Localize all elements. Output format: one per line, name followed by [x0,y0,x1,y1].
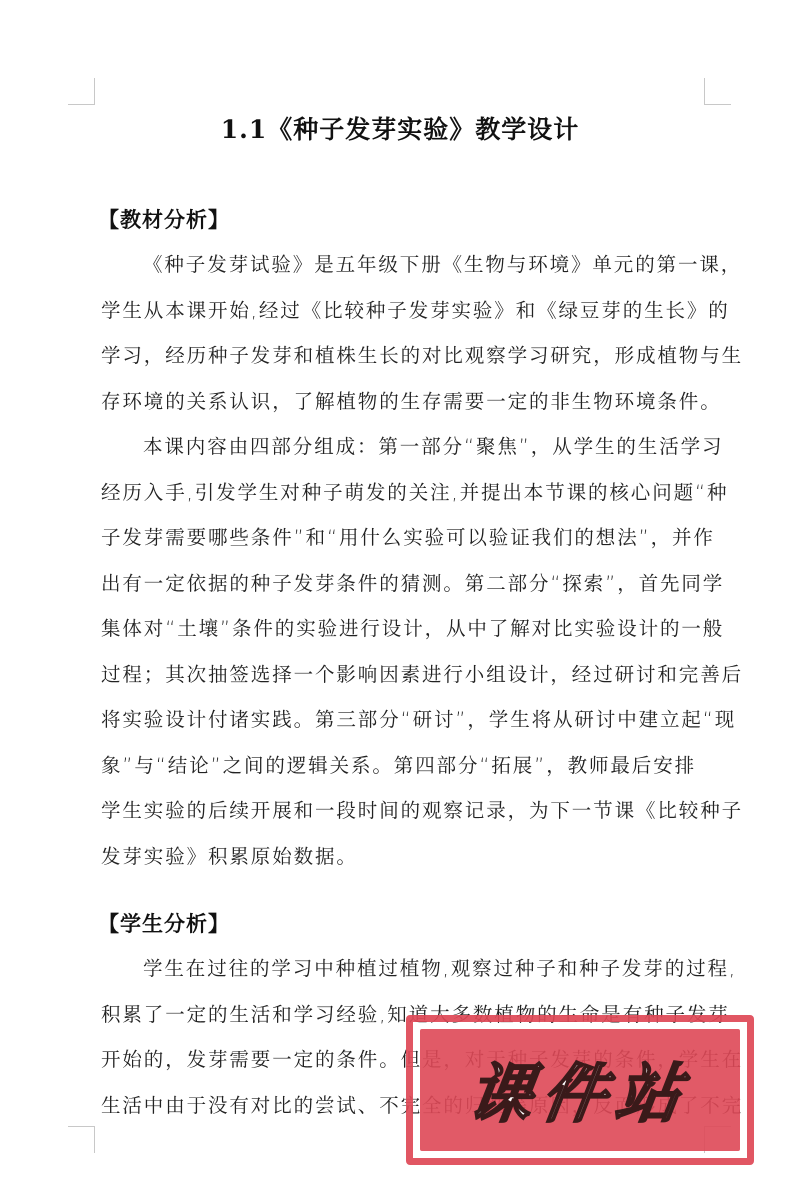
margin-corner-mark-top-left [68,78,95,105]
text-line: 本课内容由四部分组成：第一部分“聚焦”，从学生的生活学习 [101,424,701,470]
text-line: 象”与“结论”之间的逻辑关系。第四部分“拓展”，教师最后安排 [101,743,701,789]
text-line: 子发芽需要哪些条件”和“用什么实验可以验证我们的想法”，并作 [101,515,701,561]
text-line: 将实验设计付诸实践。第三部分“研讨”，学生将从研讨中建立起“现 [101,697,701,743]
text-line: 学生实验的后续开展和一段时间的观察记录，为下一节课《比较种子 [101,788,701,834]
margin-corner-mark-bottom-right [704,1126,731,1153]
text-line: 生活中由于没有对比的尝试、不完全的归纳等原因，反而形成了不完 [101,1083,701,1129]
text-line: 经历入手,引发学生对种子萌发的关注,并提出本节课的核心问题“种 [101,470,701,516]
paragraph-textbook-intro: 《种子发芽试验》是五年级下册《生物与环境》单元的第一课， 学生从本课开始,经过《… [101,242,701,424]
text-line: 积累了一定的生活和学习经验,知道大多数植物的生命是有种子发芽 [101,992,701,1038]
text-line: 学生在过往的学习中种植过植物,观察过种子和种子发芽的过程, [101,946,701,992]
text-line: 《种子发芽试验》是五年级下册《生物与环境》单元的第一课， [101,242,701,288]
text-line: 学习，经历种子发芽和植株生长的对比观察学习研究，形成植物与生 [101,333,701,379]
paragraph-lesson-structure: 本课内容由四部分组成：第一部分“聚焦”，从学生的生活学习 经历入手,引发学生对种… [101,424,701,879]
text-line: 过程；其次抽签选择一个影响因素进行小组设计，经过研讨和完善后 [101,652,701,698]
text-line: 学生从本课开始,经过《比较种子发芽实验》和《绿豆芽的生长》的 [101,288,701,334]
paragraph-student-background: 学生在过往的学习中种植过植物,观察过种子和种子发芽的过程, 积累了一定的生活和学… [101,946,701,1128]
text-line: 开始的，发芽需要一定的条件。但是，对于种子发芽的条件，学生在 [101,1037,701,1083]
text-line: 存环境的关系认识，了解植物的生存需要一定的非生物环境条件。 [101,379,701,425]
margin-corner-mark-bottom-left [68,1126,95,1153]
text-line: 发芽实验》积累原始数据。 [101,834,701,880]
text-line: 集体对“土壤”条件的实验进行设计，从中了解对比实验设计的一般 [101,606,701,652]
section-heading-textbook-analysis: 【教材分析】 [98,204,230,234]
section-heading-student-analysis: 【学生分析】 [98,908,230,938]
document-title: 1.1《种子发芽实验》教学设计 [0,110,800,146]
margin-corner-mark-top-right [704,78,731,105]
text-line: 出有一定依据的种子发芽条件的猜测。第二部分“探索”，首先同学 [101,561,701,607]
document-page: 1.1《种子发芽实验》教学设计 【教材分析】 《种子发芽试验》是五年级下册《生物… [0,0,800,1200]
